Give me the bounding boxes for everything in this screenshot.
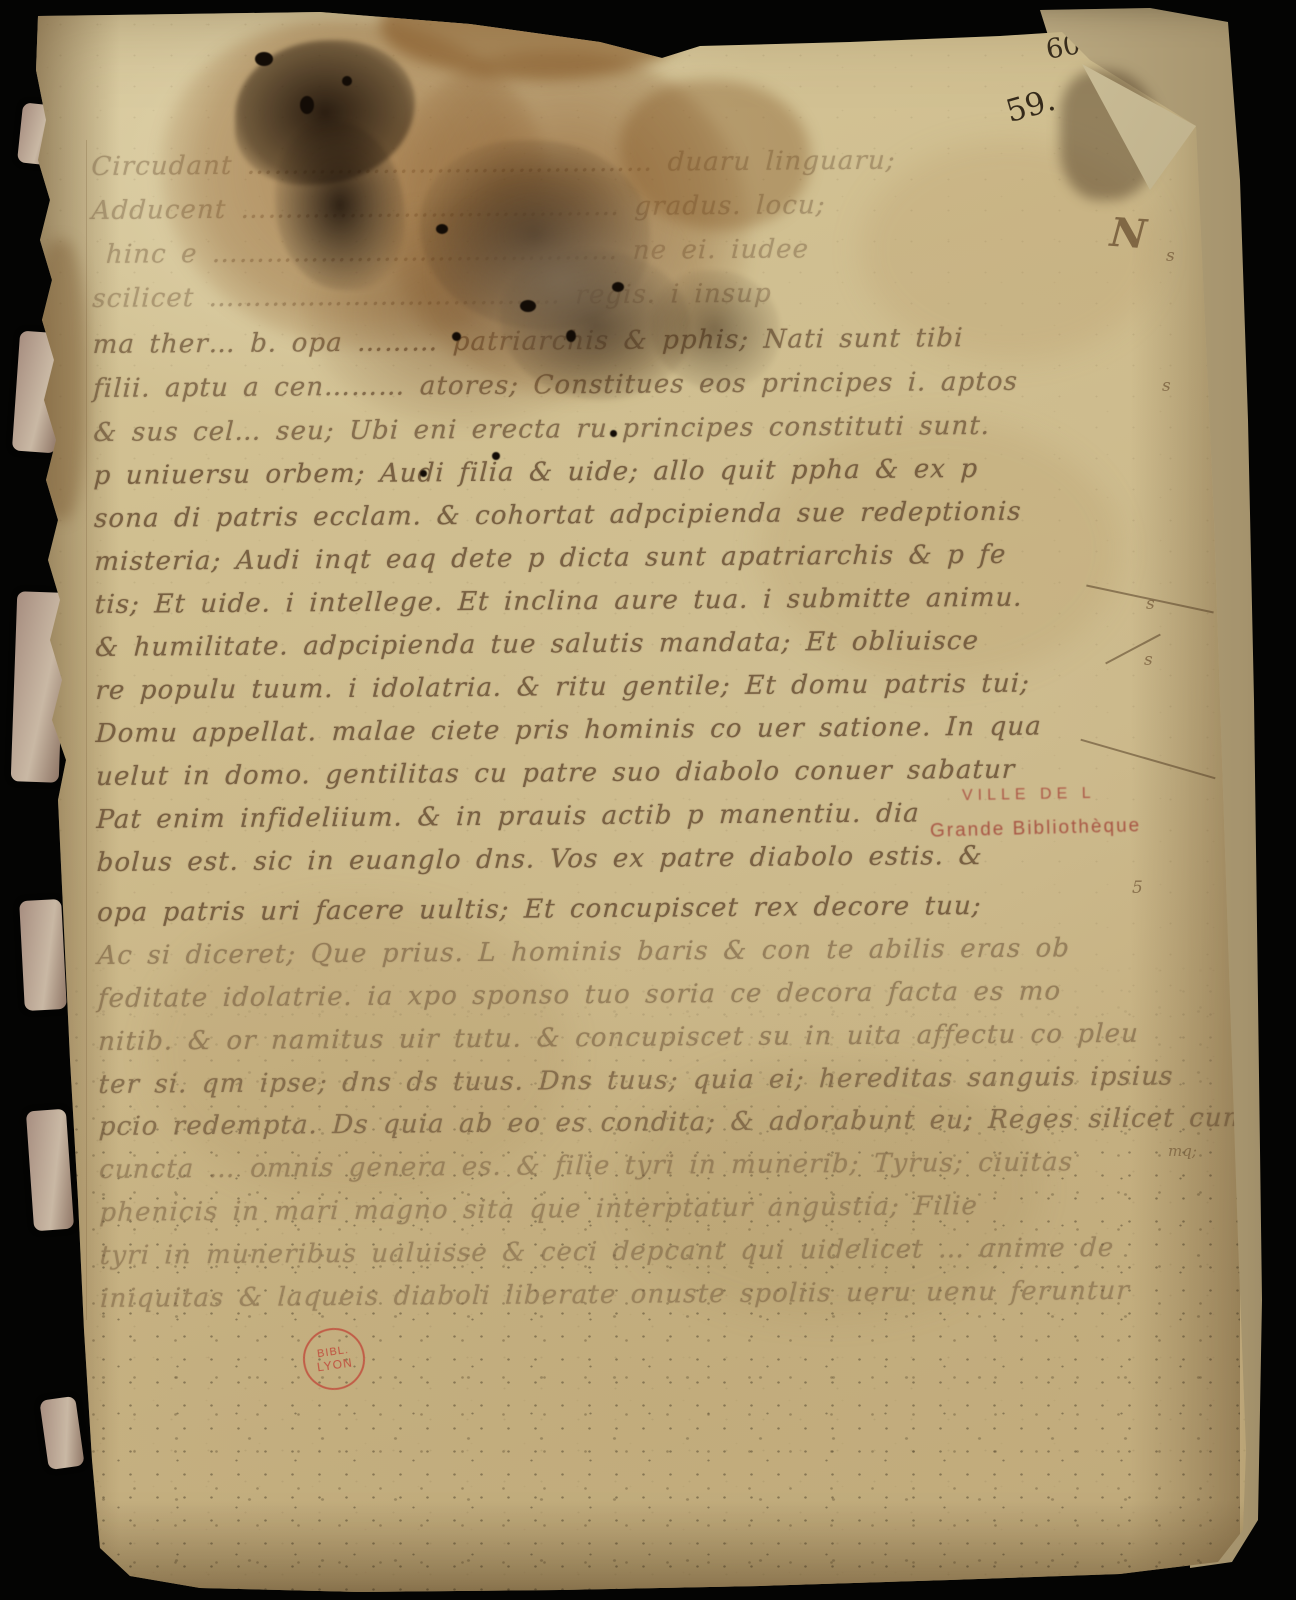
manuscript-line: uelut in domo. gentilitas cu patre suo d… — [95, 755, 1016, 792]
manuscript-line: iniquitas & laqueis diaboli liberate onu… — [100, 1276, 1131, 1314]
manuscript-line: pcio redempta. Ds quia ab eo es condita;… — [98, 1103, 1249, 1142]
manuscript-photo: Circudant ……………………………………… duaru linguaru… — [0, 0, 1296, 1600]
manuscript-line: misteria; Audi inqt eaq dete p dicta sun… — [94, 540, 1007, 577]
manuscript-line: opa patris uri facere uultis; Et concupi… — [97, 891, 983, 928]
quire-mark: s — [1162, 376, 1171, 396]
manuscript-line: bolus est. sic in euanglo dns. Vos ex pa… — [96, 841, 983, 878]
manuscript-line: nitib. & or namitus uir tutu. & concupis… — [98, 1019, 1140, 1057]
parchment-page: Circudant ……………………………………… duaru linguaru… — [0, 0, 1296, 1600]
margin-note: mq; — [1168, 1142, 1197, 1160]
manuscript-line: p uniuersu orbem; Audi filia & uide; all… — [93, 454, 979, 491]
manuscript-line: feditate idolatrie. ia xpo sponso tuo so… — [97, 976, 1062, 1014]
manuscript-line: sona di patris ecclam. & cohortat adpcip… — [93, 497, 1022, 534]
manuscript-line: ter si. qm ipse; dns ds tuus. Dns tuus; … — [98, 1062, 1174, 1100]
manuscript-line: Ac si diceret; Que prius. L hominis bari… — [97, 933, 1071, 971]
manuscript-line: Domu appellat. malae ciete pris hominis … — [95, 712, 1042, 749]
binding-stitch — [19, 899, 67, 1011]
margin-monogram-mark: N — [1108, 209, 1148, 258]
binding-stitch — [26, 1109, 74, 1231]
quire-mark: 5 — [1132, 878, 1143, 898]
quire-mark: s — [1146, 594, 1155, 614]
manuscript-line: re populu tuum. i idolatria. & ritu gent… — [95, 669, 1031, 706]
manuscript-line: tis; Et uide. i intellege. Et inclina au… — [94, 583, 1023, 620]
quire-mark: s — [1144, 650, 1153, 670]
margin-ruling-line — [86, 140, 87, 1320]
binding-stitch — [39, 1396, 84, 1470]
manuscript-line: & humilitate. adpcipienda tue salutis ma… — [94, 626, 979, 663]
manuscript-line: cuncta … omnis genera es. & filie tyri i… — [99, 1147, 1074, 1185]
quire-mark: s — [1166, 246, 1175, 266]
library-stamp-city: VILLE DE L — [962, 785, 1096, 805]
edge-blot — [52, 1500, 94, 1580]
manuscript-line: Pat enim infideliium. & in prauis actib … — [96, 799, 921, 835]
manuscript-line: tyri in muneribus ualuisse & ceci depcan… — [99, 1233, 1115, 1271]
manuscript-line: phenicis in mari magno sita que interpta… — [99, 1191, 979, 1228]
